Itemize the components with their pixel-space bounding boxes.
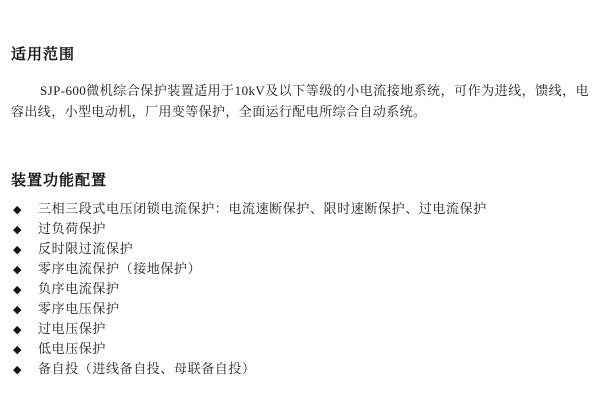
- diamond-bullet-icon: ◆: [11, 360, 38, 380]
- list-item: ◆ 低电压保护: [11, 339, 588, 359]
- list-item: ◆ 过负荷保护: [11, 219, 588, 239]
- diamond-bullet-icon: ◆: [11, 280, 38, 300]
- list-item: ◆ 负序电流保护: [11, 279, 588, 299]
- list-item-text: 零序电压保护: [38, 299, 588, 319]
- list-item: ◆ 三相三段式电压闭锁电流保护：电流速断保护、限时速断保护、过电流保护: [11, 199, 588, 219]
- diamond-bullet-icon: ◆: [11, 340, 38, 360]
- list-item-text: 备自投（进线备自投、母联备自投）: [38, 359, 588, 379]
- list-item: ◆ 零序电压保护: [11, 299, 588, 319]
- list-item: ◆ 过电压保护: [11, 319, 588, 339]
- diamond-bullet-icon: ◆: [11, 300, 38, 320]
- section-heading-scope: 适用范围: [11, 46, 588, 63]
- list-item-text: 低电压保护: [38, 339, 588, 359]
- list-item: ◆ 备自投（进线备自投、母联备自投）: [11, 359, 588, 379]
- diamond-bullet-icon: ◆: [11, 320, 38, 340]
- list-item-text: 反时限过流保护: [38, 239, 588, 259]
- list-item: ◆ 反时限过流保护: [11, 239, 588, 259]
- diamond-bullet-icon: ◆: [11, 200, 38, 220]
- list-item-text: 三相三段式电压闭锁电流保护：电流速断保护、限时速断保护、过电流保护: [38, 199, 588, 219]
- list-item-text: 过电压保护: [38, 319, 588, 339]
- list-item-text: 零序电流保护（接地保护）: [38, 259, 588, 279]
- feature-list: ◆ 三相三段式电压闭锁电流保护：电流速断保护、限时速断保护、过电流保护 ◆ 过负…: [11, 199, 588, 379]
- document-page: 适用范围 SJP-600微机综合保护装置适用于10kV及以下等级的小电流接地系统…: [0, 0, 600, 400]
- list-item: ◆ 零序电流保护（接地保护）: [11, 259, 588, 279]
- diamond-bullet-icon: ◆: [11, 240, 38, 260]
- list-item-text: 负序电流保护: [38, 279, 588, 299]
- diamond-bullet-icon: ◆: [11, 220, 38, 240]
- scope-paragraph: SJP-600微机综合保护装置适用于10kV及以下等级的小电流接地系统，可作为进…: [11, 80, 589, 122]
- list-item-text: 过负荷保护: [38, 219, 588, 239]
- diamond-bullet-icon: ◆: [11, 260, 38, 280]
- section-heading-functions: 装置功能配置: [11, 172, 588, 189]
